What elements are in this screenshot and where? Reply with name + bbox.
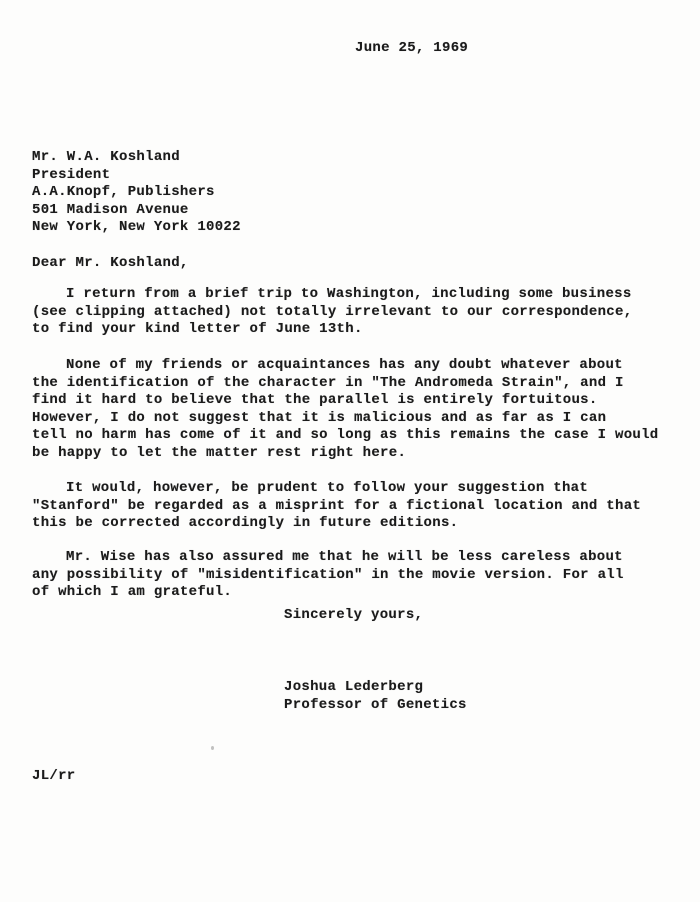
paragraph-1: I return from a brief trip to Washington… bbox=[32, 286, 632, 339]
typist-reference-initials: JL/rr bbox=[32, 768, 76, 786]
recipient-title: President bbox=[32, 167, 241, 185]
letter-page: June 25, 1969 Mr. W.A. Koshland Presiden… bbox=[0, 0, 700, 902]
signature-block: Joshua Lederberg Professor of Genetics bbox=[284, 679, 467, 714]
paragraph-line: However, I do not suggest that it is mal… bbox=[32, 410, 659, 428]
paragraph-line: (see clipping attached) not totally irre… bbox=[32, 304, 632, 322]
salutation: Dear Mr. Koshland, bbox=[32, 255, 189, 273]
letter-date: June 25, 1969 bbox=[355, 40, 468, 58]
paragraph-line: to find your kind letter of June 13th. bbox=[32, 321, 632, 339]
paragraph-line: tell no harm has come of it and so long … bbox=[32, 427, 659, 445]
closing-phrase: Sincerely yours, bbox=[284, 607, 423, 625]
signature-name: Joshua Lederberg bbox=[284, 679, 467, 697]
paragraph-line: I return from a brief trip to Washington… bbox=[32, 286, 632, 304]
paragraph-4: Mr. Wise has also assured me that he wil… bbox=[32, 549, 624, 602]
paragraph-line: the identification of the character in "… bbox=[32, 375, 659, 393]
paragraph-line: It would, however, be prudent to follow … bbox=[32, 480, 641, 498]
recipient-city: New York, New York 10022 bbox=[32, 219, 241, 237]
scan-artifact-speck bbox=[211, 746, 214, 750]
recipient-name: Mr. W.A. Koshland bbox=[32, 149, 241, 167]
paragraph-line: be happy to let the matter rest right he… bbox=[32, 445, 659, 463]
paragraph-line: any possibility of "misidentification" i… bbox=[32, 567, 624, 585]
paragraph-line: None of my friends or acquaintances has … bbox=[32, 357, 659, 375]
paragraph-3: It would, however, be prudent to follow … bbox=[32, 480, 641, 533]
recipient-address: Mr. W.A. Koshland President A.A.Knopf, P… bbox=[32, 149, 241, 237]
recipient-company: A.A.Knopf, Publishers bbox=[32, 184, 241, 202]
paragraph-line: of which I am grateful. bbox=[32, 584, 624, 602]
paragraph-2: None of my friends or acquaintances has … bbox=[32, 357, 659, 462]
paragraph-line: find it hard to believe that the paralle… bbox=[32, 392, 659, 410]
paragraph-line: Mr. Wise has also assured me that he wil… bbox=[32, 549, 624, 567]
paragraph-line: "Stanford" be regarded as a misprint for… bbox=[32, 498, 641, 516]
recipient-street: 501 Madison Avenue bbox=[32, 202, 241, 220]
signature-title: Professor of Genetics bbox=[284, 697, 467, 715]
paragraph-line: this be corrected accordingly in future … bbox=[32, 515, 641, 533]
